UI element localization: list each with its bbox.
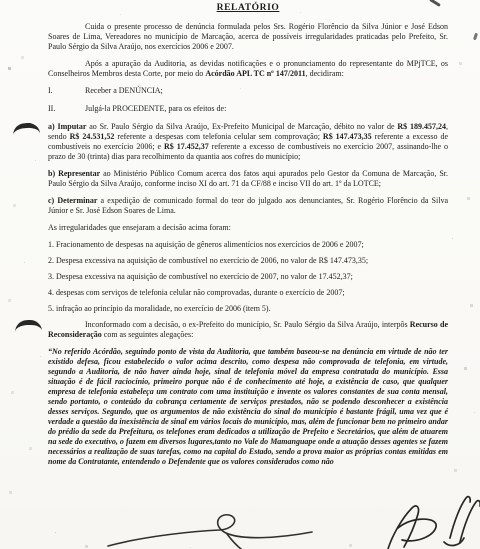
text-segment: referente a despesas com telefonia celul… — [114, 132, 323, 141]
text-segment: As irregularidades que ensejaram a decis… — [48, 223, 231, 232]
text-segment: ao Sr. Paulo Sérgio da Silva Araújo, Ex-… — [86, 122, 397, 131]
paragraph: 2. Despesa excessiva na aquisição de com… — [48, 256, 448, 266]
text-segment: 4. despesas com serviços de telefonia ce… — [48, 288, 345, 297]
text-segment: 5. infração ao princípio da moralidade, … — [48, 304, 271, 313]
punch-hole-mark-top — [13, 122, 41, 139]
text-segment: “No referido Acórdão, seguindo ponto de … — [48, 347, 448, 466]
text-segment: com as seguintes alegações: — [102, 330, 194, 339]
text-segment: 1. Fracionamento de despesas na aquisiçã… — [48, 240, 364, 249]
text-segment: R$ 24.531,52 — [70, 132, 115, 141]
paragraph: b) Representar ao Ministério Público Com… — [48, 169, 448, 189]
text-segment: 3. Despesa excessiva na aquisição de com… — [48, 272, 353, 281]
paragraph: 4. despesas com serviços de telefonia ce… — [48, 288, 448, 298]
paragraph: “No referido Acórdão, seguindo ponto de … — [48, 347, 448, 467]
paragraph: 1. Fracionamento de despesas na aquisiçã… — [48, 240, 448, 250]
signature-flourish — [100, 505, 330, 549]
scan-artifact-edge-mark — [473, 33, 478, 41]
paragraph: As irregularidades que ensejaram a decis… — [48, 223, 448, 233]
text-segment: Receber a DENÚNCIA; — [85, 86, 163, 95]
text-segment: ao Ministério Público Comum acerca dos f… — [48, 169, 448, 188]
document-body: Cuida o presente processo de denúncia fo… — [48, 22, 448, 467]
document-title: RELATÓRIO — [48, 3, 448, 13]
text-segment: Cuida o presente processo de denúncia fo… — [48, 22, 448, 51]
text-segment: Acórdão APL TC nº 147/2011 — [205, 69, 305, 78]
scanned-document-page: RELATÓRIO Cuida o presente processo de d… — [0, 0, 480, 549]
paragraph: 3. Despesa excessiva na aquisição de com… — [48, 272, 448, 282]
text-segment: a) Imputar — [48, 122, 86, 131]
text-segment: R$ 147.473,35 — [323, 132, 372, 141]
text-segment: 2. Despesa excessiva na aquisição de com… — [48, 256, 368, 265]
text-segment: Inconformado com a decisão, o ex-Prefeit… — [85, 320, 410, 329]
text-segment: R$ 17.452,37 — [164, 142, 209, 151]
document-text-column: RELATÓRIO Cuida o presente processo de d… — [48, 3, 448, 474]
paragraph: Cuida o presente processo de denúncia fo… — [48, 22, 448, 52]
text-segment: a expedição de comunicado formal do teor… — [48, 196, 448, 215]
paragraph: II.Julgá-la PROCEDENTE, para os efeitos … — [48, 104, 448, 114]
text-segment: Julgá-la PROCEDENTE, para os efeitos de: — [85, 104, 226, 113]
text-segment: c) Determinar — [48, 196, 97, 205]
paragraph: Inconformado com a decisão, o ex-Prefeit… — [48, 320, 448, 340]
paragraph: Após a apuração da Auditoria, as devidas… — [48, 59, 448, 79]
scan-noise-speckle — [0, 0, 1, 1]
paragraph: 5. infração ao princípio da moralidade, … — [48, 304, 448, 314]
paragraph: a) Imputar ao Sr. Paulo Sérgio da Silva … — [48, 122, 448, 162]
paragraph: I.Receber a DENÚNCIA; — [48, 86, 448, 96]
punch-hole-mark-bottom — [15, 320, 43, 337]
text-segment: R$ 189.457,24 — [397, 122, 446, 131]
paragraph: c) Determinar a expedição de comunicado … — [48, 196, 448, 216]
text-segment: , decidiram: — [306, 69, 344, 78]
roman-numeral: II. — [48, 104, 55, 114]
text-segment: b) Representar — [48, 169, 100, 178]
signature-initials — [380, 490, 480, 549]
roman-numeral: I. — [48, 86, 53, 96]
